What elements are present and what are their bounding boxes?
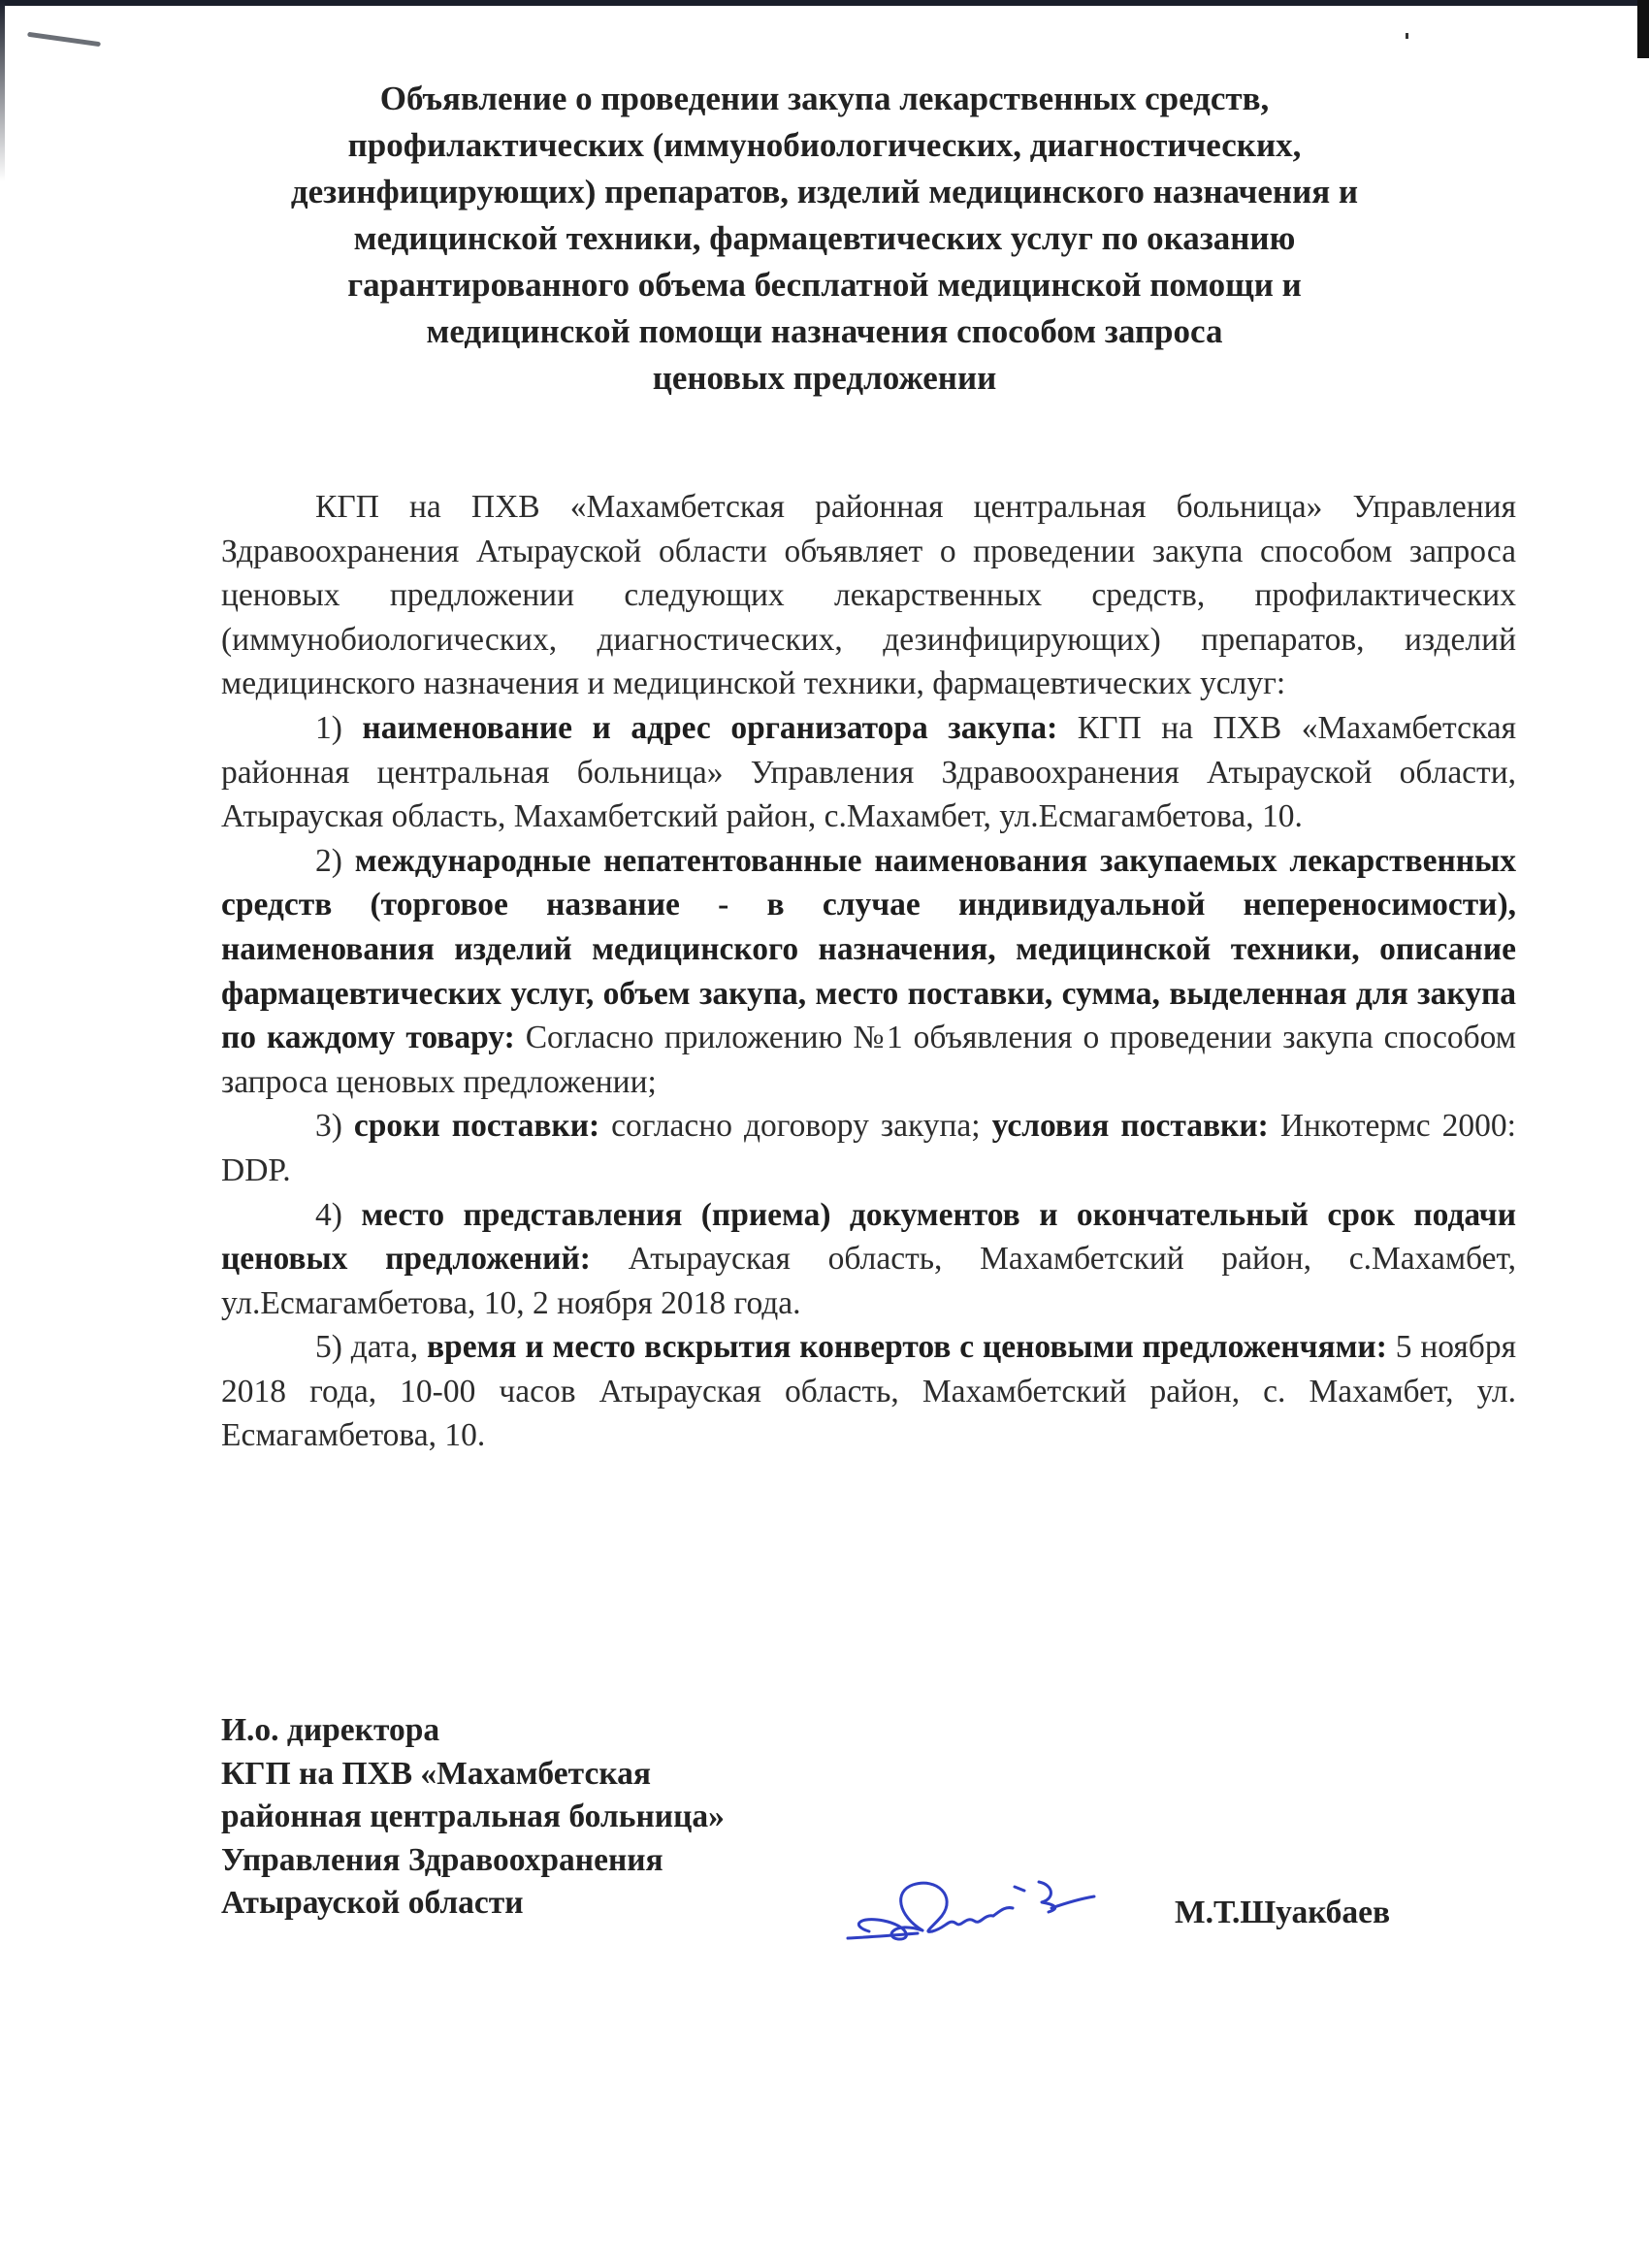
item-1: 1) наименование и адрес организатора зак… <box>221 706 1516 839</box>
handwritten-signature-icon <box>840 1867 1102 1950</box>
item-number: 2) <box>315 843 342 879</box>
signatory-line: И.о. директора <box>221 1709 725 1753</box>
item-heading: сроки поставки: <box>354 1108 599 1144</box>
item-text: согласно договору закупа; <box>599 1108 991 1144</box>
signer-name: М.Т.Шуакбаев <box>1175 1895 1390 1931</box>
item-4: 4) место представления (приема) документ… <box>221 1193 1516 1326</box>
item-number: 3) <box>315 1108 342 1144</box>
scan-edge-right <box>1637 0 1649 58</box>
title-line: дезинфицирующих) препаратов, изделий мед… <box>223 169 1426 215</box>
title-line: медицинской техники, фармацевтических ус… <box>223 215 1426 262</box>
item-number: 5) <box>315 1329 342 1365</box>
scan-edge-left <box>0 0 5 2268</box>
item-2: 2) международные непатентованные наимено… <box>221 839 1516 1105</box>
item-3: 3) сроки поставки: согласно договору зак… <box>221 1104 1516 1192</box>
scan-speck <box>1406 33 1408 39</box>
signatory-line: районная центральная больница» <box>221 1796 725 1839</box>
item-number: 1) <box>315 710 342 746</box>
signatory-line: Атырауской области <box>221 1882 725 1926</box>
item-heading: наименование и адрес организатора закупа… <box>362 710 1057 746</box>
item-number: 4) <box>315 1197 342 1233</box>
item-5: 5) дата, время и место вскрытия конверто… <box>221 1325 1516 1458</box>
title-line: профилактических (иммунобиологических, д… <box>223 122 1426 169</box>
title-line: медицинской помощи назначения способом з… <box>223 308 1426 355</box>
intro-paragraph: КГП на ПХВ «Махамбетская районная центра… <box>221 485 1516 706</box>
signatory-line: Управления Здравоохранения <box>221 1839 725 1883</box>
title-line: ценовых предложении <box>223 355 1426 402</box>
title-line: Объявление о проведении закупа лекарстве… <box>223 76 1426 122</box>
title-line: гарантированного объема бесплатной медиц… <box>223 262 1426 308</box>
signatory-line: КГП на ПХВ «Махамбетская <box>221 1753 725 1797</box>
document-body: КГП на ПХВ «Махамбетская районная центра… <box>221 485 1516 1458</box>
staple-mark <box>27 32 101 48</box>
scan-edge-top <box>0 0 1649 6</box>
item-heading-2: условия поставки: <box>992 1108 1269 1144</box>
item-lead: дата, <box>351 1329 427 1365</box>
item-heading: время и место вскрытия конвертов с ценов… <box>427 1329 1387 1365</box>
document-title: Объявление о проведении закупа лекарстве… <box>223 76 1426 402</box>
signatory-title-block: И.о. директора КГП на ПХВ «Махамбетская … <box>221 1709 725 1926</box>
